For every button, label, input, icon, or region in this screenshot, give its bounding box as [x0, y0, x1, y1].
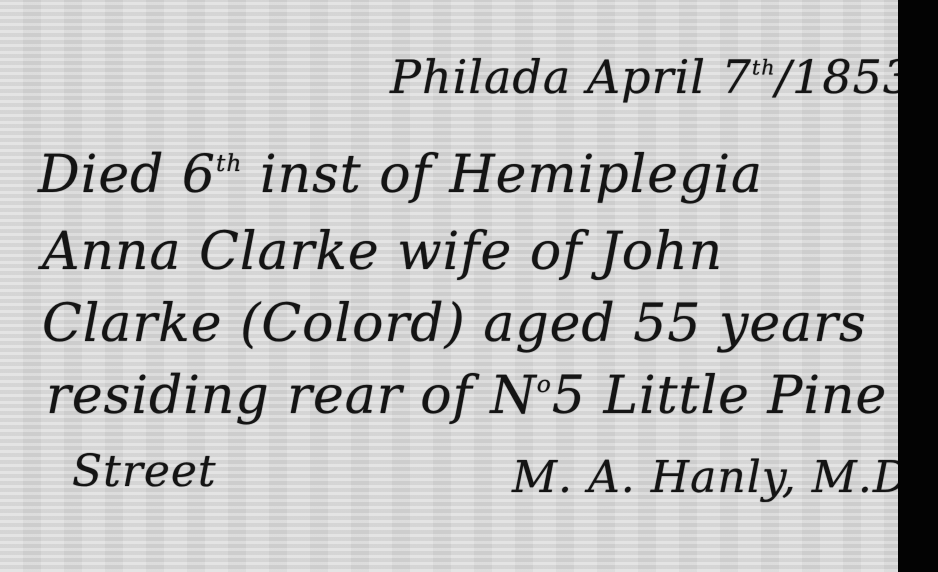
line-text: residing rear of N [46, 366, 537, 426]
day-suffix: th [752, 55, 776, 79]
place: Philada [390, 50, 571, 104]
number-abbrev-suffix: o [537, 370, 552, 398]
line-text: Died 6 [38, 145, 216, 205]
line-text: inst of Hemiplegia [242, 145, 763, 205]
line-text: 5 Little Pine [552, 366, 887, 426]
deceased-name-line: Anna Clarke wife of John [42, 222, 723, 282]
ordinal-suffix: th [216, 149, 242, 177]
scan-edge-border [898, 0, 938, 572]
paper-sheet: Philada April 7th/1853 Died 6th inst of … [0, 0, 938, 572]
month: April [587, 50, 706, 104]
age-line: Clarke (Colord) aged 55 years [42, 294, 867, 354]
residence-line: residing rear of No5 Little Pine [46, 366, 887, 426]
date-line: Philada April 7th/1853 [390, 50, 913, 104]
street-line: Street [72, 446, 217, 497]
cause-of-death-line: Died 6th inst of Hemiplegia [38, 145, 763, 205]
day: 7 [722, 50, 752, 104]
year: /1853 [776, 50, 914, 104]
physician-signature: M. A. Hanly, M.D. [512, 452, 923, 503]
